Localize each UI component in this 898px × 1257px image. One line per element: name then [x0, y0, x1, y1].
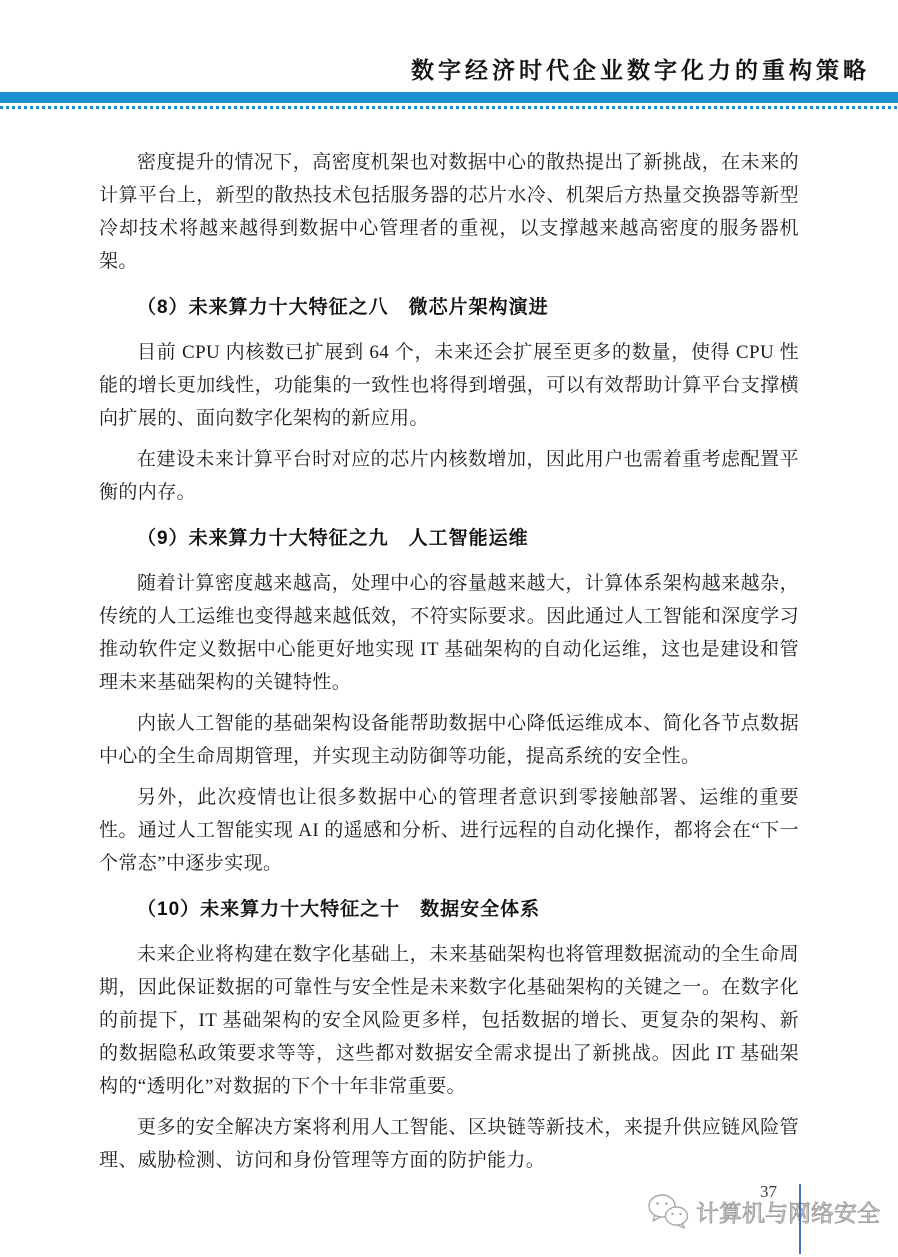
page-number: 37 [760, 1183, 777, 1201]
paragraph-embedded-ai: 内嵌人工智能的基础架构设备能帮助数据中心降低运维成本、简化各节点数据中心的全生命… [99, 707, 799, 773]
section-heading-10: （10）未来算力十大特征之十 数据安全体系 [99, 893, 799, 926]
watermark-text: 计算机与网络安全 [696, 1195, 880, 1228]
footer-divider-line [799, 1184, 801, 1254]
section-heading-9: （9）未来算力十大特征之九 人工智能运维 [99, 522, 799, 555]
header-rule-solid [0, 92, 898, 103]
document-page: { "header": { "title": "数字经济时代企业数字化力的重构策… [0, 0, 898, 1257]
page-header: 数字经济时代企业数字化力的重构策略 [0, 0, 898, 109]
paragraph-zero-touch: 另外，此次疫情也让很多数据中心的管理者意识到零接触部署、运维的重要性。通过人工智… [99, 781, 799, 880]
document-body: 密度提升的情况下，高密度机架也对数据中心的散热提出了新挑战，在未来的计算平台上，… [0, 146, 898, 1177]
paragraph-new-tech: 更多的安全解决方案将利用人工智能、区块链等新技术，来提升供应链风险管理、威胁检测… [99, 1111, 799, 1177]
paragraph-memory-balance: 在建设未来计算平台时对应的芯片内核数增加，因此用户也需着重考虑配置平衡的内存。 [99, 443, 799, 509]
paragraph-data-security: 未来企业将构建在数字化基础上，未来基础架构也将管理数据流动的全生命周期，因此保证… [99, 938, 799, 1103]
paragraph-cooling: 密度提升的情况下，高密度机架也对数据中心的散热提出了新挑战，在未来的计算平台上，… [99, 146, 799, 278]
wechat-icon [646, 1192, 690, 1230]
paragraph-cpu-cores: 目前 CPU 内核数已扩展到 64 个，未来还会扩展至更多的数量，使得 CPU … [99, 336, 799, 435]
paragraph-ai-ops: 随着计算密度越来越高，处理中心的容量越来越大，计算体系架构越来越杂，传统的人工运… [99, 567, 799, 699]
header-rule-dotted [0, 106, 898, 109]
page-title: 数字经济时代企业数字化力的重构策略 [0, 54, 898, 88]
section-heading-8: （8）未来算力十大特征之八 微芯片架构演进 [99, 291, 799, 324]
